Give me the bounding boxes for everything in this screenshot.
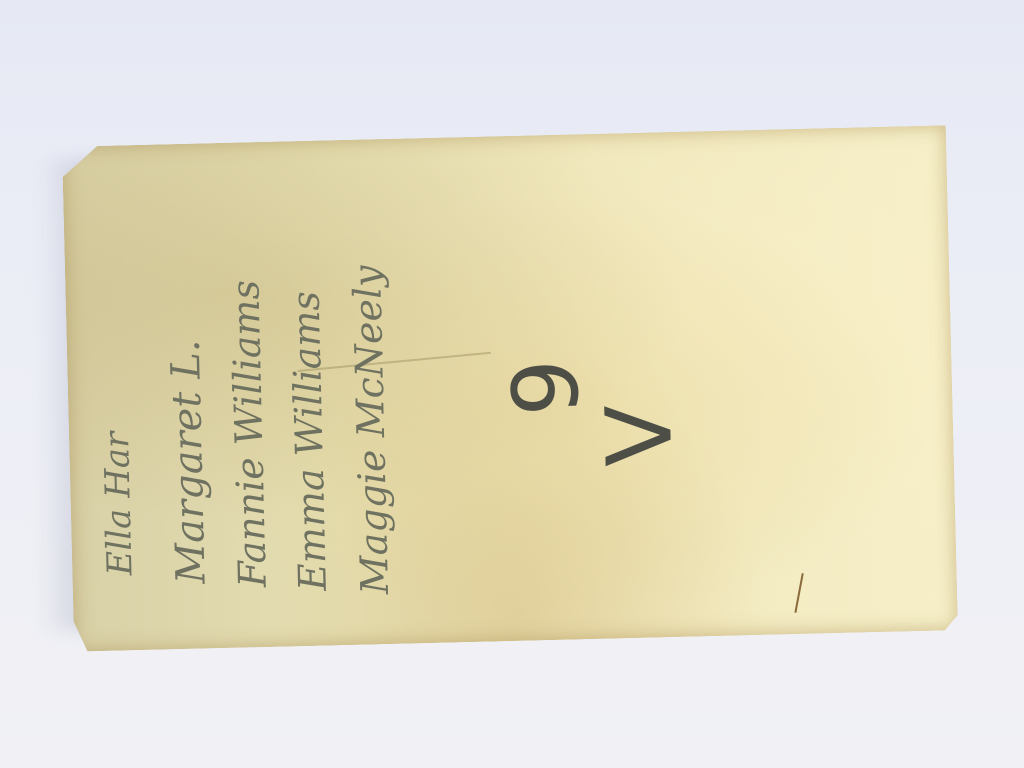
pencil-mark-v: V — [587, 403, 693, 467]
handwriting-line-4: Emma Williams — [284, 291, 335, 592]
photo-card-back: Ella Har Margaret L. Fannie Williams Emm… — [62, 125, 958, 651]
handwriting-line-3: Fannie Williams — [223, 280, 274, 588]
handwriting-line-1: Ella Har — [97, 431, 141, 576]
handwriting-line-5: Maggie McNeely — [345, 265, 397, 595]
card-tear — [794, 574, 803, 614]
handwriting-line-2: Margaret L. — [163, 339, 215, 584]
pencil-mark-9: 9 — [493, 358, 599, 418]
